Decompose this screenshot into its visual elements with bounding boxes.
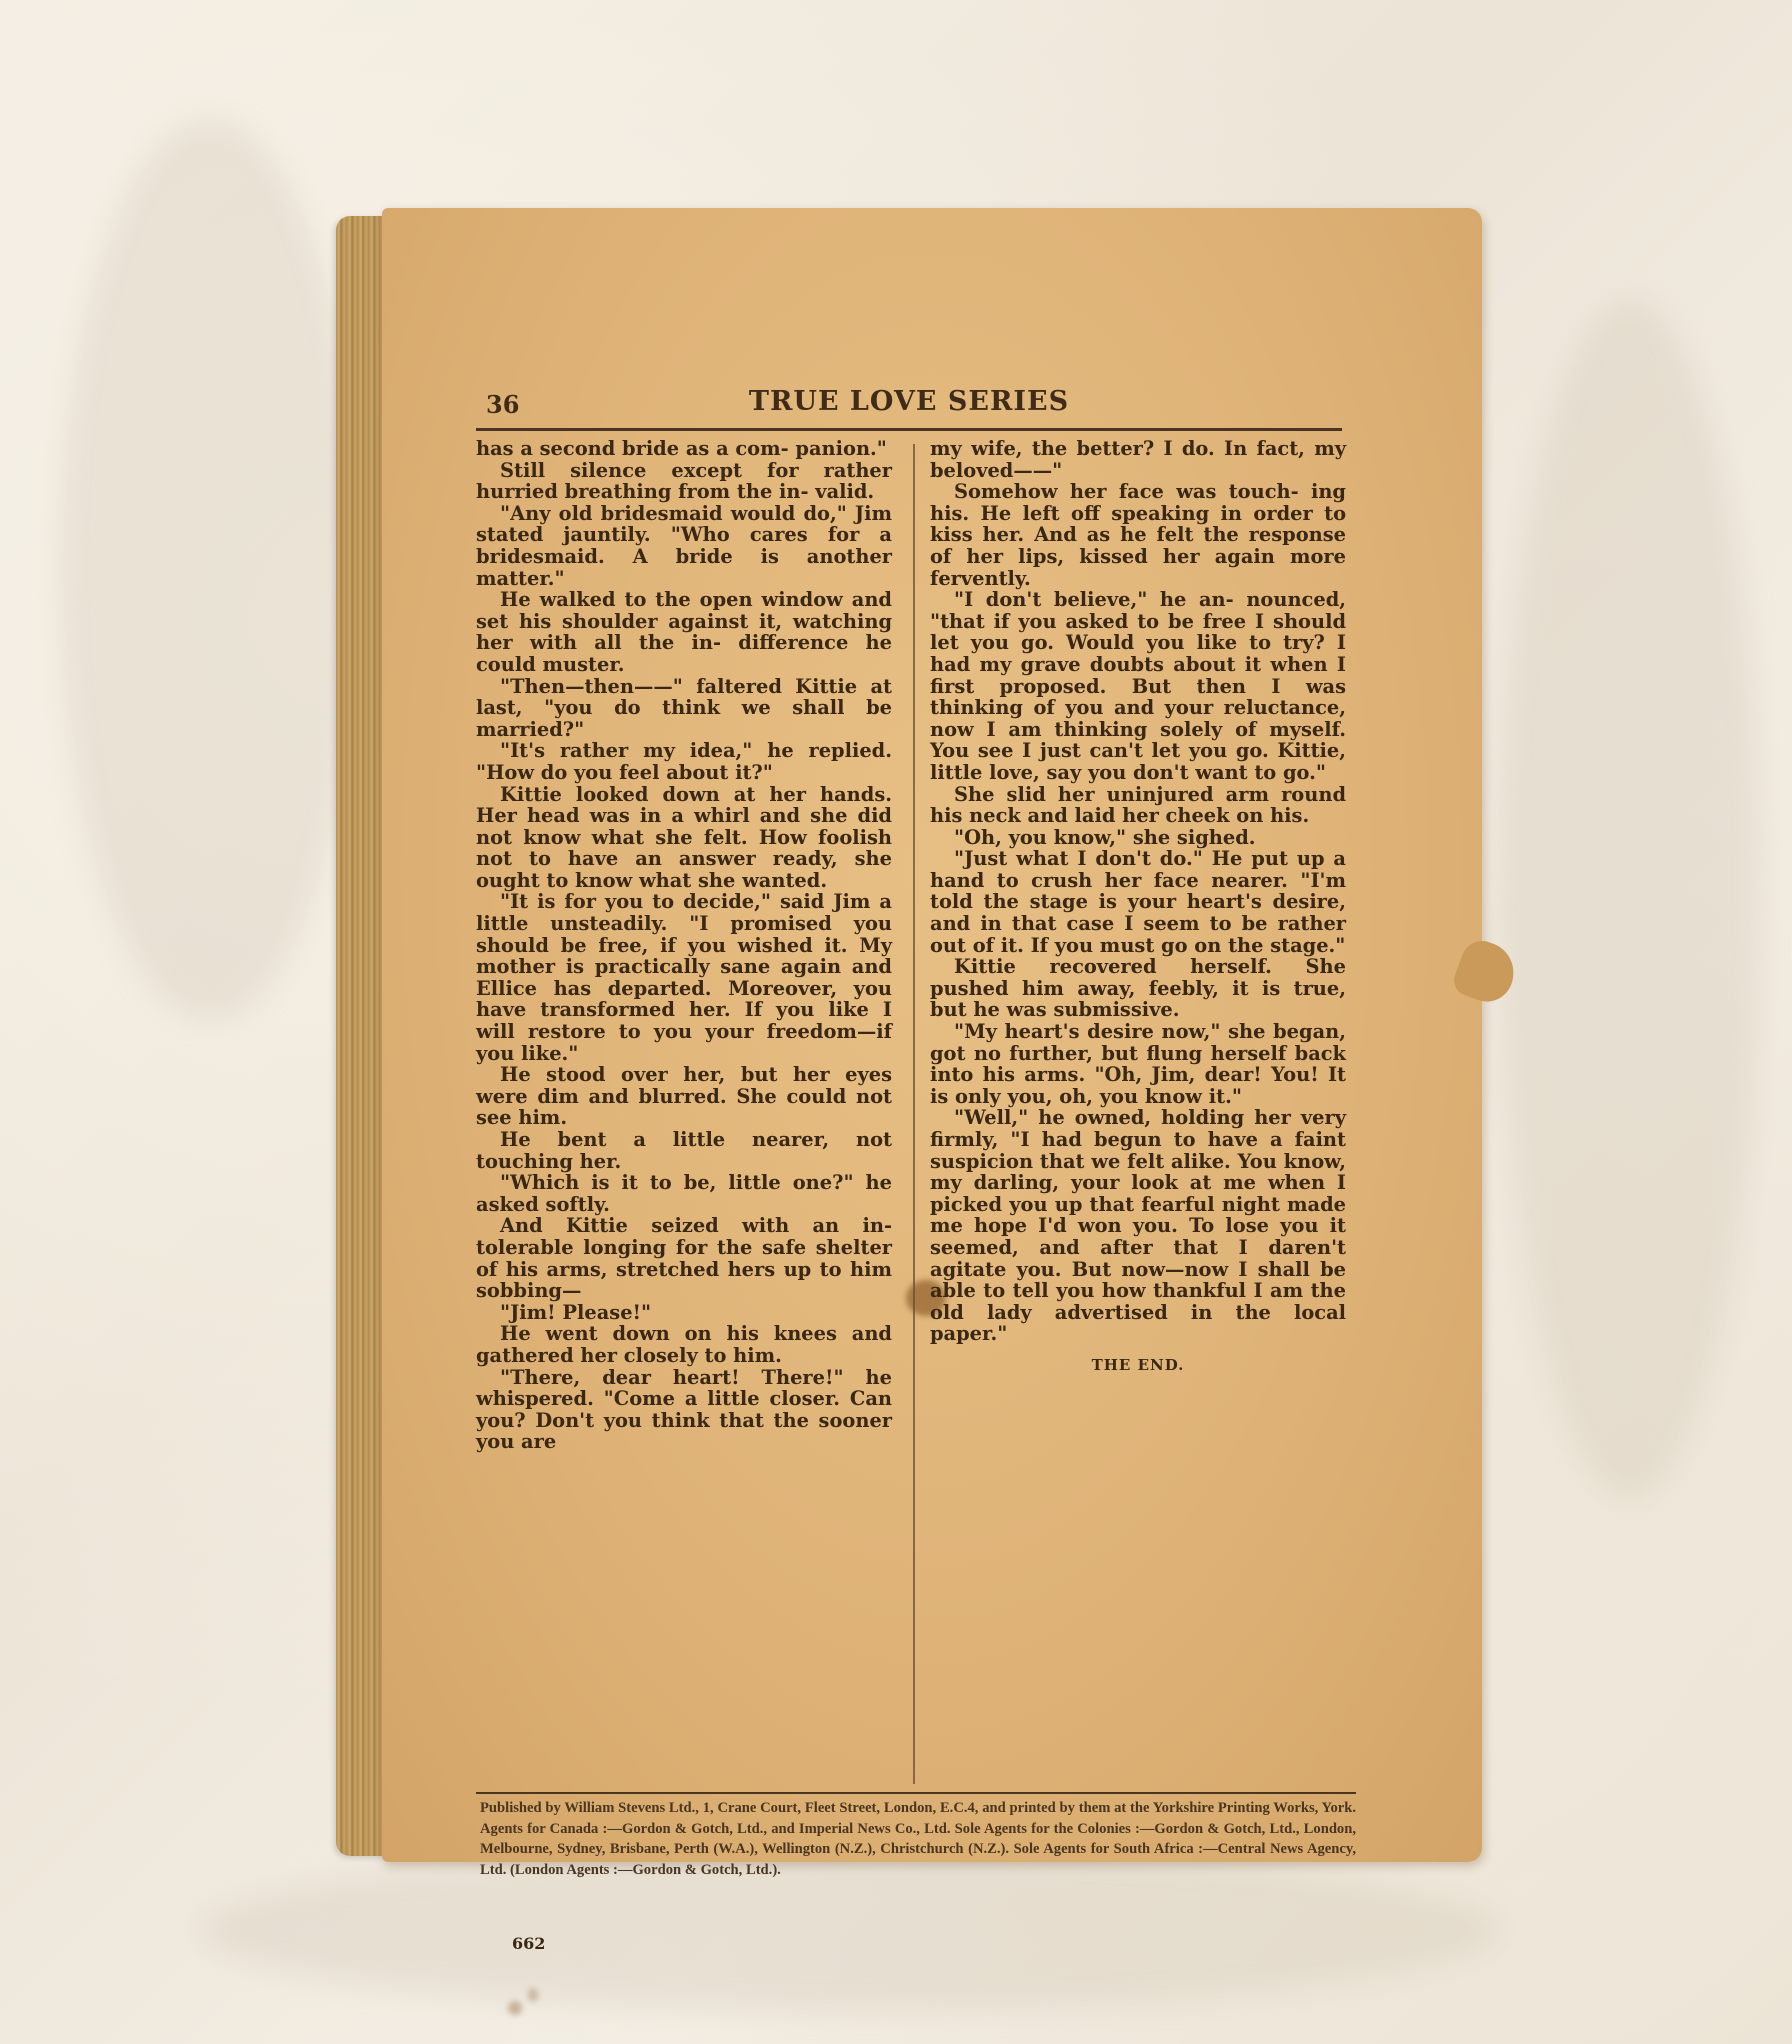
paragraph: has a second bride as a com- panion." (476, 438, 892, 460)
running-title: TRUE LOVE SERIES (476, 386, 1342, 417)
paragraph: "Then—then——" faltered Kittie at last, "… (476, 676, 892, 741)
paragraph: Kittie looked down at her hands. Her hea… (476, 784, 892, 892)
paragraph: Somehow her face was touch- ing his. He … (930, 481, 1346, 589)
issue-code: 662 (512, 1934, 545, 1953)
cloth-fold (60, 120, 360, 1020)
paragraph: He stood over her, but her eyes were dim… (476, 1064, 892, 1129)
paragraph: "I don't believe," he an- nounced, "that… (930, 589, 1346, 783)
page-header: 36 TRUE LOVE SERIES (476, 386, 1342, 422)
footer-rule (476, 1792, 1356, 1794)
paragraph: And Kittie seized with an in- tolerable … (476, 1215, 892, 1301)
paragraph: "It is for you to decide," said Jim a li… (476, 891, 892, 1064)
paragraph: "Just what I don't do." He put up a hand… (930, 848, 1346, 956)
right-column: my wife, the better? I do. In fact, my b… (930, 438, 1346, 1377)
paragraph: He went down on his knees and gathered h… (476, 1323, 892, 1366)
paragraph: "There, dear heart! There!" he whispered… (476, 1367, 892, 1453)
paragraph: "Oh, you know," she sighed. (930, 827, 1346, 849)
paragraph: Still silence except for rather hurried … (476, 460, 892, 503)
booklet: 36 TRUE LOVE SERIES has a second bride a… (336, 208, 1486, 1862)
paragraph: "Jim! Please!" (476, 1302, 892, 1324)
paragraph: "Well," he owned, holding her very firml… (930, 1107, 1346, 1345)
paragraph: "Which is it to be, little one?" he aske… (476, 1172, 892, 1215)
paragraph: He bent a little nearer, not touching he… (476, 1129, 892, 1172)
left-column: has a second bride as a com- panion." St… (476, 438, 892, 1453)
stain-spot (528, 1988, 538, 2002)
stain-spot (508, 2001, 522, 2015)
paragraph: my wife, the better? I do. In fact, my b… (930, 438, 1346, 481)
paragraph: He walked to the open window and set his… (476, 589, 892, 675)
publisher-imprint: Published by William Stevens Ltd., 1, Cr… (480, 1798, 1356, 1880)
paragraph: "My heart's desire now," she began, got … (930, 1021, 1346, 1107)
paragraph: Kittie recovered herself. She pushed him… (930, 956, 1346, 1021)
paragraph: "Any old bridesmaid would do," Jim state… (476, 503, 892, 589)
column-divider (913, 444, 915, 1784)
header-rule (476, 428, 1342, 431)
the-end-marker: THE END. (930, 1355, 1346, 1377)
paragraph: "It's rather my idea," he replied. "How … (476, 740, 892, 783)
paragraph: She slid her uninjured arm round his nec… (930, 784, 1346, 827)
cloth-fold (1500, 300, 1760, 1500)
